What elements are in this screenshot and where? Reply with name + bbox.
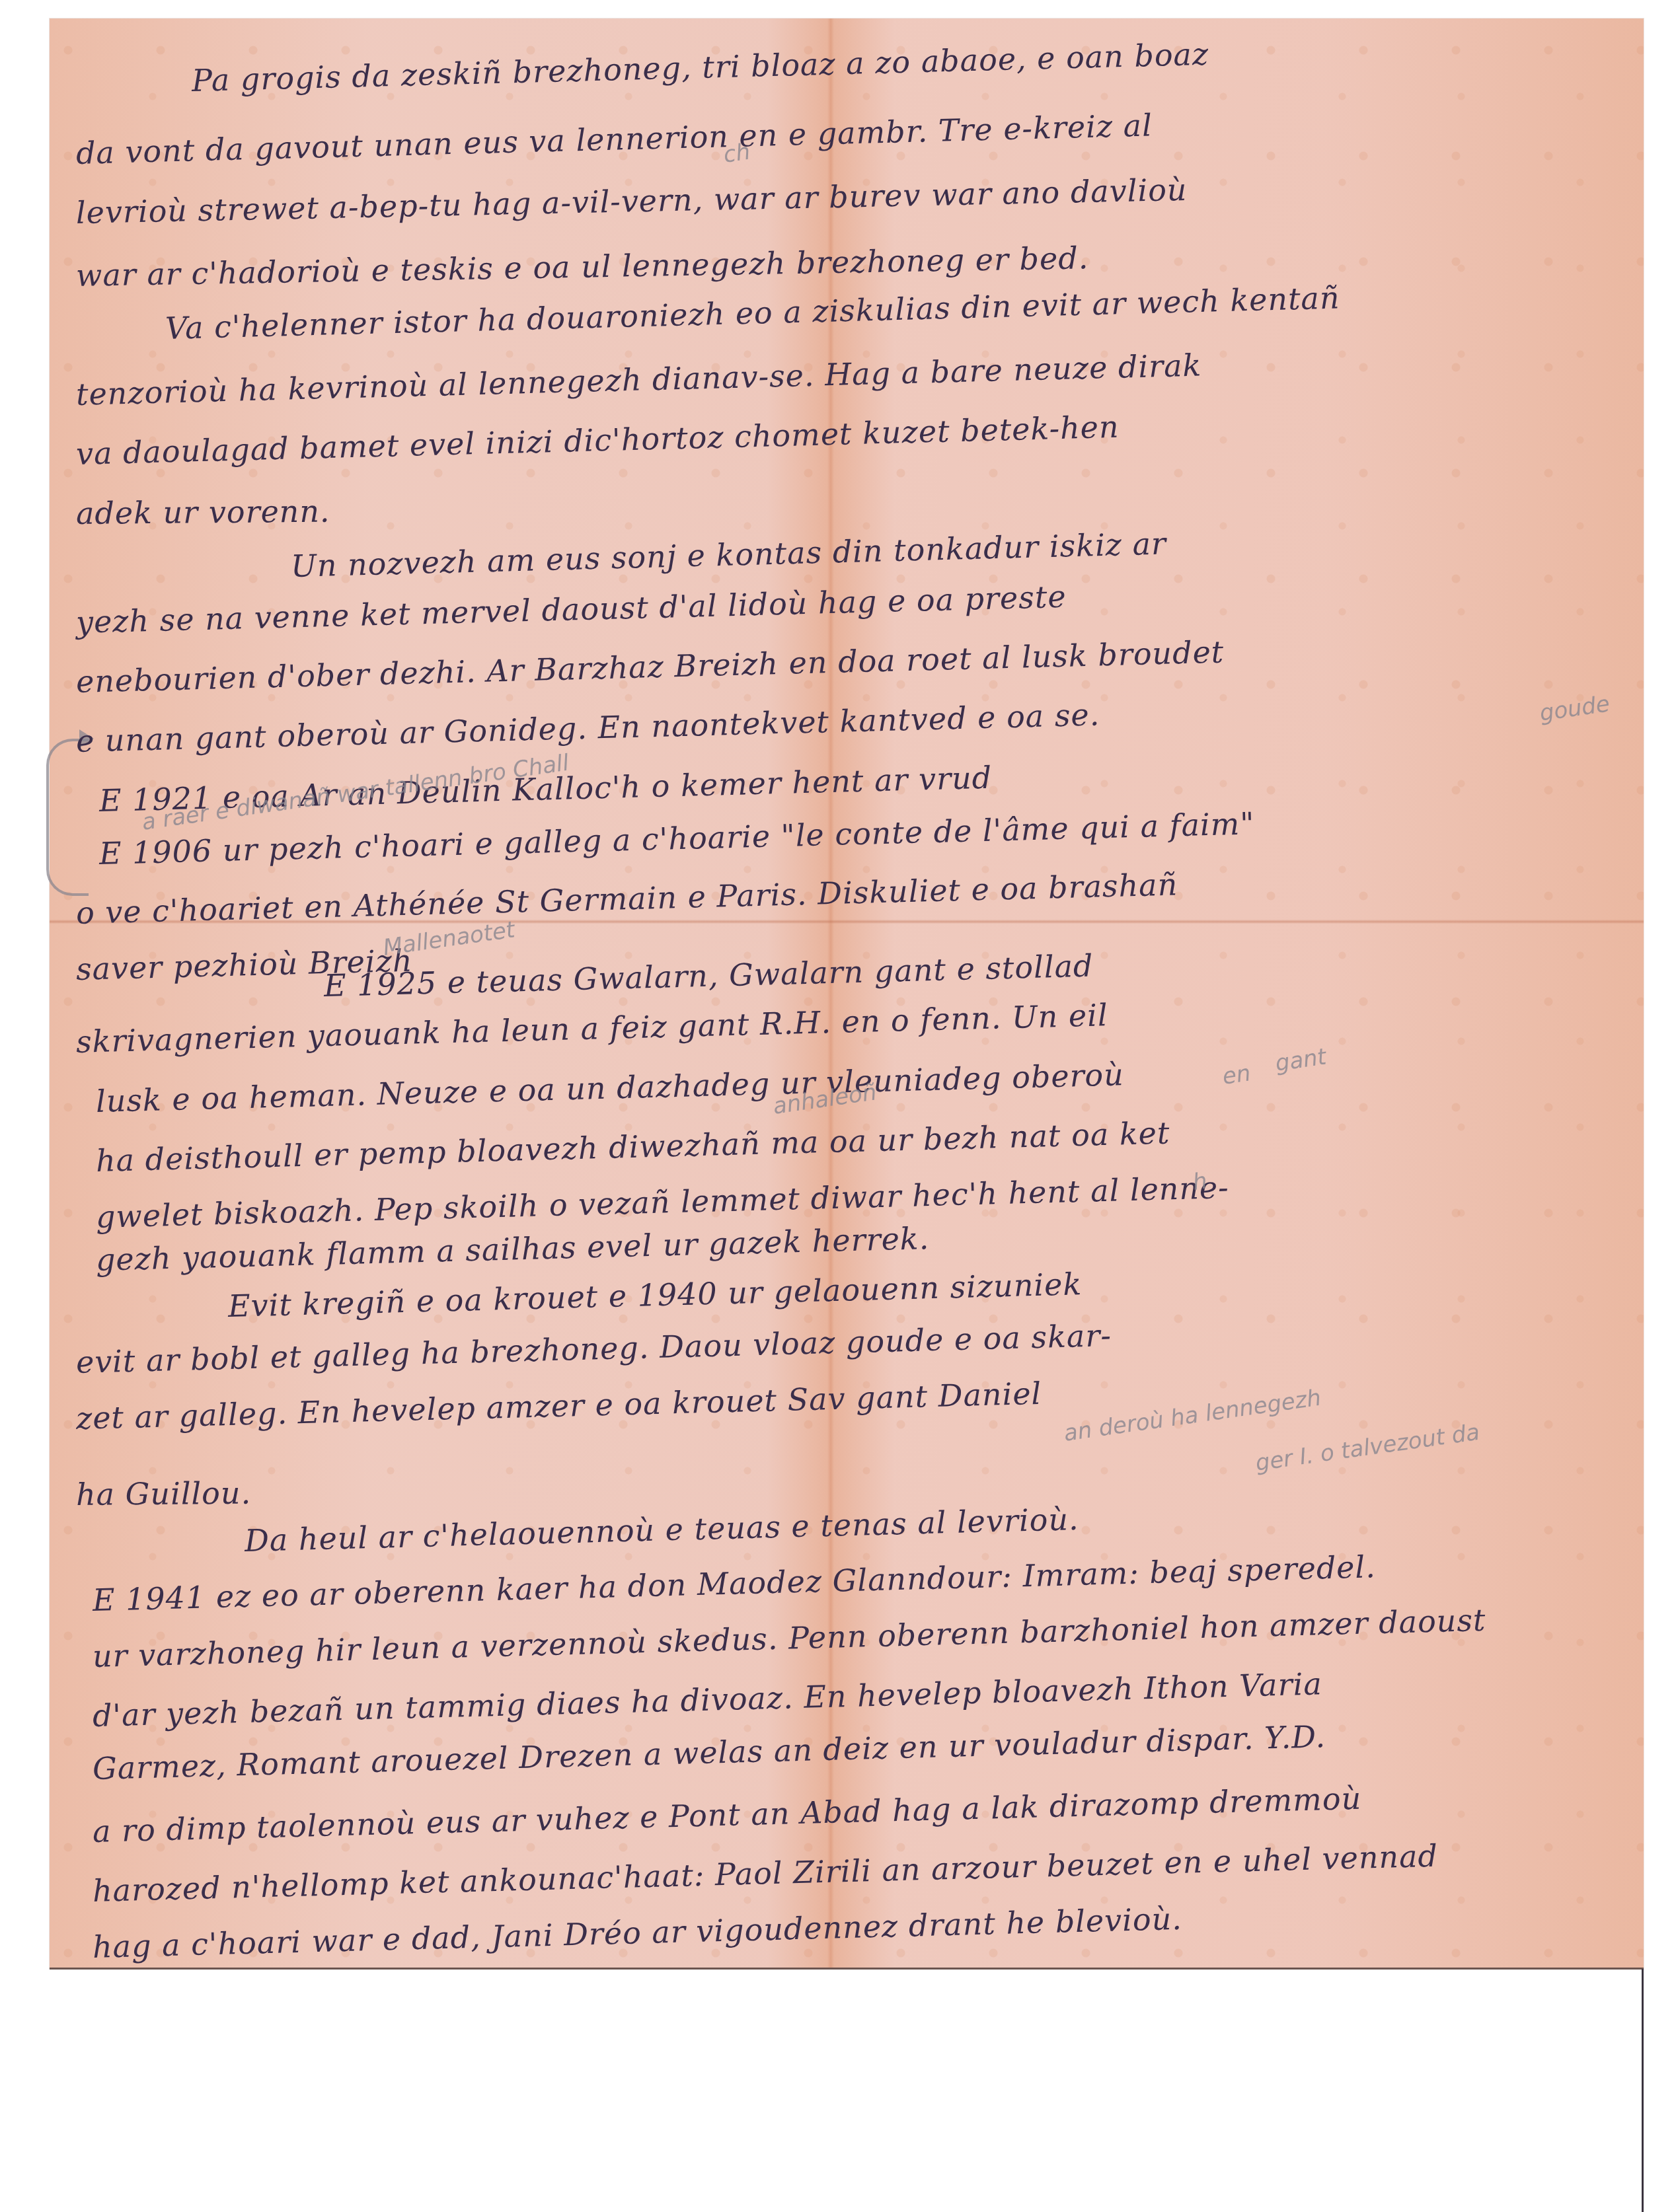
paper-bottom-edge bbox=[50, 1968, 1644, 1970]
pencil-annotation: en bbox=[1221, 1060, 1252, 1090]
manuscript-line: adek ur vorenn. bbox=[76, 494, 330, 531]
pencil-arrow-icon bbox=[46, 739, 89, 896]
pencil-annotation: ch bbox=[722, 139, 751, 168]
scan-right-edge-line bbox=[1642, 1969, 1644, 2212]
manuscript-line: ha Guillou. bbox=[76, 1475, 252, 1512]
